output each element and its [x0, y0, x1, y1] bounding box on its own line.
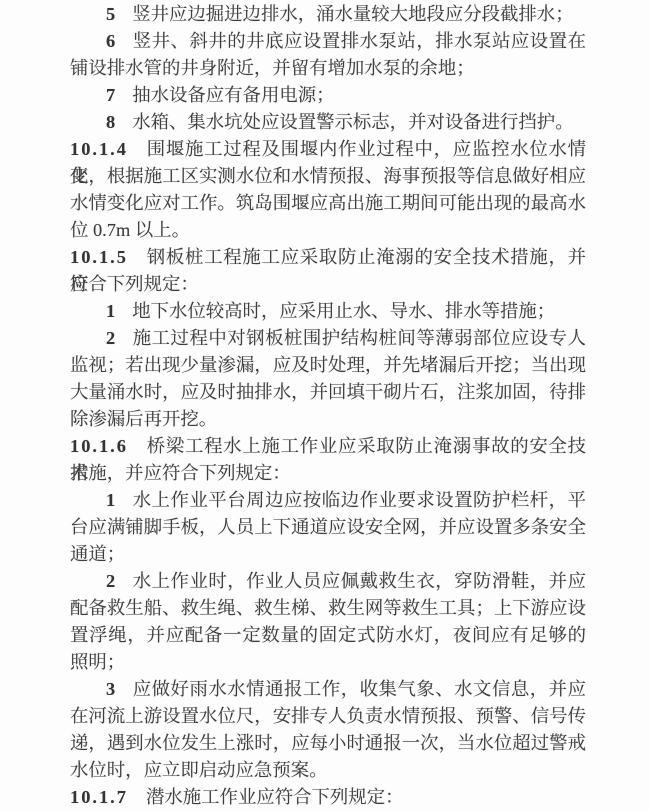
- text-line: 递，遇到水位发生上涨时，应每小时通报一次，当水位超过警戒: [70, 730, 586, 757]
- item-number: 7: [106, 85, 115, 105]
- text-line: 照明；: [70, 649, 586, 676]
- list-item-line: 8水箱、集水坑处应设置警示标志，并对设备进行挡护。: [70, 109, 586, 136]
- item-number: 2: [106, 571, 115, 591]
- line-text: 监视；若出现少量渗漏，应及时处理，并先堵漏后开挖；当出现: [70, 355, 586, 375]
- line-text: 水上作业平台周边应按临边作业要求设置防护栏杆，平: [132, 490, 586, 510]
- item-number: 3: [106, 679, 115, 699]
- text-line: 监视；若出现少量渗漏，应及时处理，并先堵漏后开挖；当出现: [70, 352, 586, 379]
- line-text: 应做好雨水水情通报工作，收集气象、水文信息，并应: [132, 679, 586, 699]
- list-item-line: 1水上作业平台周边应按临边作业要求设置防护栏杆，平: [70, 487, 586, 514]
- text-line: 措施，并应符合下列规定：: [70, 460, 586, 487]
- clause-heading-line: 10.1.4围堰施工过程及围堰内作业过程中，应监控水位水情变: [70, 136, 586, 163]
- list-item-line: 6竖井、斜井的井底应设置排水泵站，排水泵站应设置在: [70, 28, 586, 55]
- line-text: 配备救生船、救生绳、救生梯、救生网等救生工具；上下游应设: [70, 598, 586, 618]
- text-line: 配备救生船、救生绳、救生梯、救生网等救生工具；上下游应设: [70, 595, 586, 622]
- line-text: 水上作业时，作业人员应佩戴救生衣，穿防滑鞋，并应: [132, 571, 586, 591]
- line-text: 竖井、斜井的井底应设置排水泵站，排水泵站应设置在: [132, 31, 586, 51]
- item-number: 8: [106, 112, 115, 132]
- line-text: 措施，并应符合下列规定：: [70, 463, 291, 483]
- line-text: 水情变化应对工作。筑岛围堰应高出施工期间可能出现的最高水: [70, 193, 586, 213]
- list-item-line: 3应做好雨水水情通报工作，收集气象、水文信息，并应: [70, 676, 586, 703]
- clause-number: 10.1.4: [70, 139, 128, 159]
- line-text: 符合下列规定：: [70, 274, 199, 294]
- line-text: 大量涌水时，应及时抽排水，并回填干砌片石，注浆加固，待排: [70, 382, 586, 402]
- text-line: 通道；: [70, 541, 586, 568]
- line-text: 抽水设备应有备用电源；: [132, 85, 334, 105]
- clause-heading-line: 10.1.6桥梁工程水上施工作业应采取防止淹溺事故的安全技术: [70, 433, 586, 460]
- line-text: 铺设排水管的井身附近，并留有增加水泵的余地；: [70, 58, 475, 78]
- clause-number: 10.1.6: [70, 436, 128, 456]
- line-text: 置浮绳，并应配备一定数量的固定式防水灯，夜间应有足够的: [70, 625, 586, 645]
- clause-heading-line: 10.1.7潜水施工作业应符合下列规定：: [70, 784, 586, 811]
- text-line: 大量涌水时，应及时抽排水，并回填干砌片石，注浆加固，待排: [70, 379, 586, 406]
- line-text: 台应满铺脚手板，人员上下通道应设安全网，并应设置多条安全: [70, 517, 586, 537]
- clause-number: 10.1.7: [70, 787, 128, 807]
- line-text: 潜水施工作业应符合下列规定：: [146, 787, 403, 807]
- text-line: 符合下列规定：: [70, 271, 586, 298]
- document-page: 5竖井应边掘进边排水，涌水量较大地段应分段截排水； 6竖井、斜井的井底应设置排水…: [0, 0, 650, 811]
- item-number: 1: [106, 490, 115, 510]
- list-item-line: 7抽水设备应有备用电源；: [70, 82, 586, 109]
- line-text: 通道；: [70, 544, 125, 564]
- text-line: 化，根据施工区实测水位和水情预报、海事预报等信息做好相应: [70, 163, 586, 190]
- list-item-line: 2水上作业时，作业人员应佩戴救生衣，穿防滑鞋，并应: [70, 568, 586, 595]
- line-text: 水箱、集水坑处应设置警示标志，并对设备进行挡护。: [132, 112, 573, 132]
- line-text: 位 0.7m 以上。: [70, 220, 190, 240]
- item-number: 1: [106, 301, 115, 321]
- line-text: 施工过程中对钢板桩围护结构桩间等薄弱部位应设专人: [132, 328, 586, 348]
- list-item-line: 5竖井应边掘进边排水，涌水量较大地段应分段截排水；: [70, 1, 586, 28]
- clause-number: 10.1.5: [70, 247, 128, 267]
- text-line: 位 0.7m 以上。: [70, 217, 586, 244]
- text-line: 水位时，应立即启动应急预案。: [70, 757, 586, 784]
- list-item-line: 1地下水位较高时，应采用止水、导水、排水等措施；: [70, 298, 586, 325]
- text-line: 铺设排水管的井身附近，并留有增加水泵的余地；: [70, 55, 586, 82]
- text-line: 在河流上游设置水位尺，安排专人负责水情预报、预警、信号传: [70, 703, 586, 730]
- item-number: 6: [106, 31, 115, 51]
- line-text: 化，根据施工区实测水位和水情预报、海事预报等信息做好相应: [70, 166, 586, 186]
- line-text: 竖井应边掘进边排水，涌水量较大地段应分段截排水；: [132, 4, 573, 24]
- text-line: 置浮绳，并应配备一定数量的固定式防水灯，夜间应有足够的: [70, 622, 586, 649]
- line-text: 照明；: [70, 652, 125, 672]
- text-line: 水情变化应对工作。筑岛围堰应高出施工期间可能出现的最高水: [70, 190, 586, 217]
- text-line: 台应满铺脚手板，人员上下通道应设安全网，并应设置多条安全: [70, 514, 586, 541]
- text-line: 除渗漏后再开挖。: [70, 406, 586, 433]
- line-text: 地下水位较高时，应采用止水、导水、排水等措施；: [132, 301, 555, 321]
- line-text: 水位时，应立即启动应急预案。: [70, 760, 327, 780]
- line-text: 递，遇到水位发生上涨时，应每小时通报一次，当水位超过警戒: [70, 733, 586, 753]
- clause-heading-line: 10.1.5钢板桩工程施工应采取防止淹溺的安全技术措施，并应: [70, 244, 586, 271]
- line-text: 除渗漏后再开挖。: [70, 409, 217, 429]
- item-number: 5: [106, 4, 115, 24]
- list-item-line: 2施工过程中对钢板桩围护结构桩间等薄弱部位应设专人: [70, 325, 586, 352]
- item-number: 2: [106, 328, 115, 348]
- line-text: 在河流上游设置水位尺，安排专人负责水情预报、预警、信号传: [70, 706, 586, 726]
